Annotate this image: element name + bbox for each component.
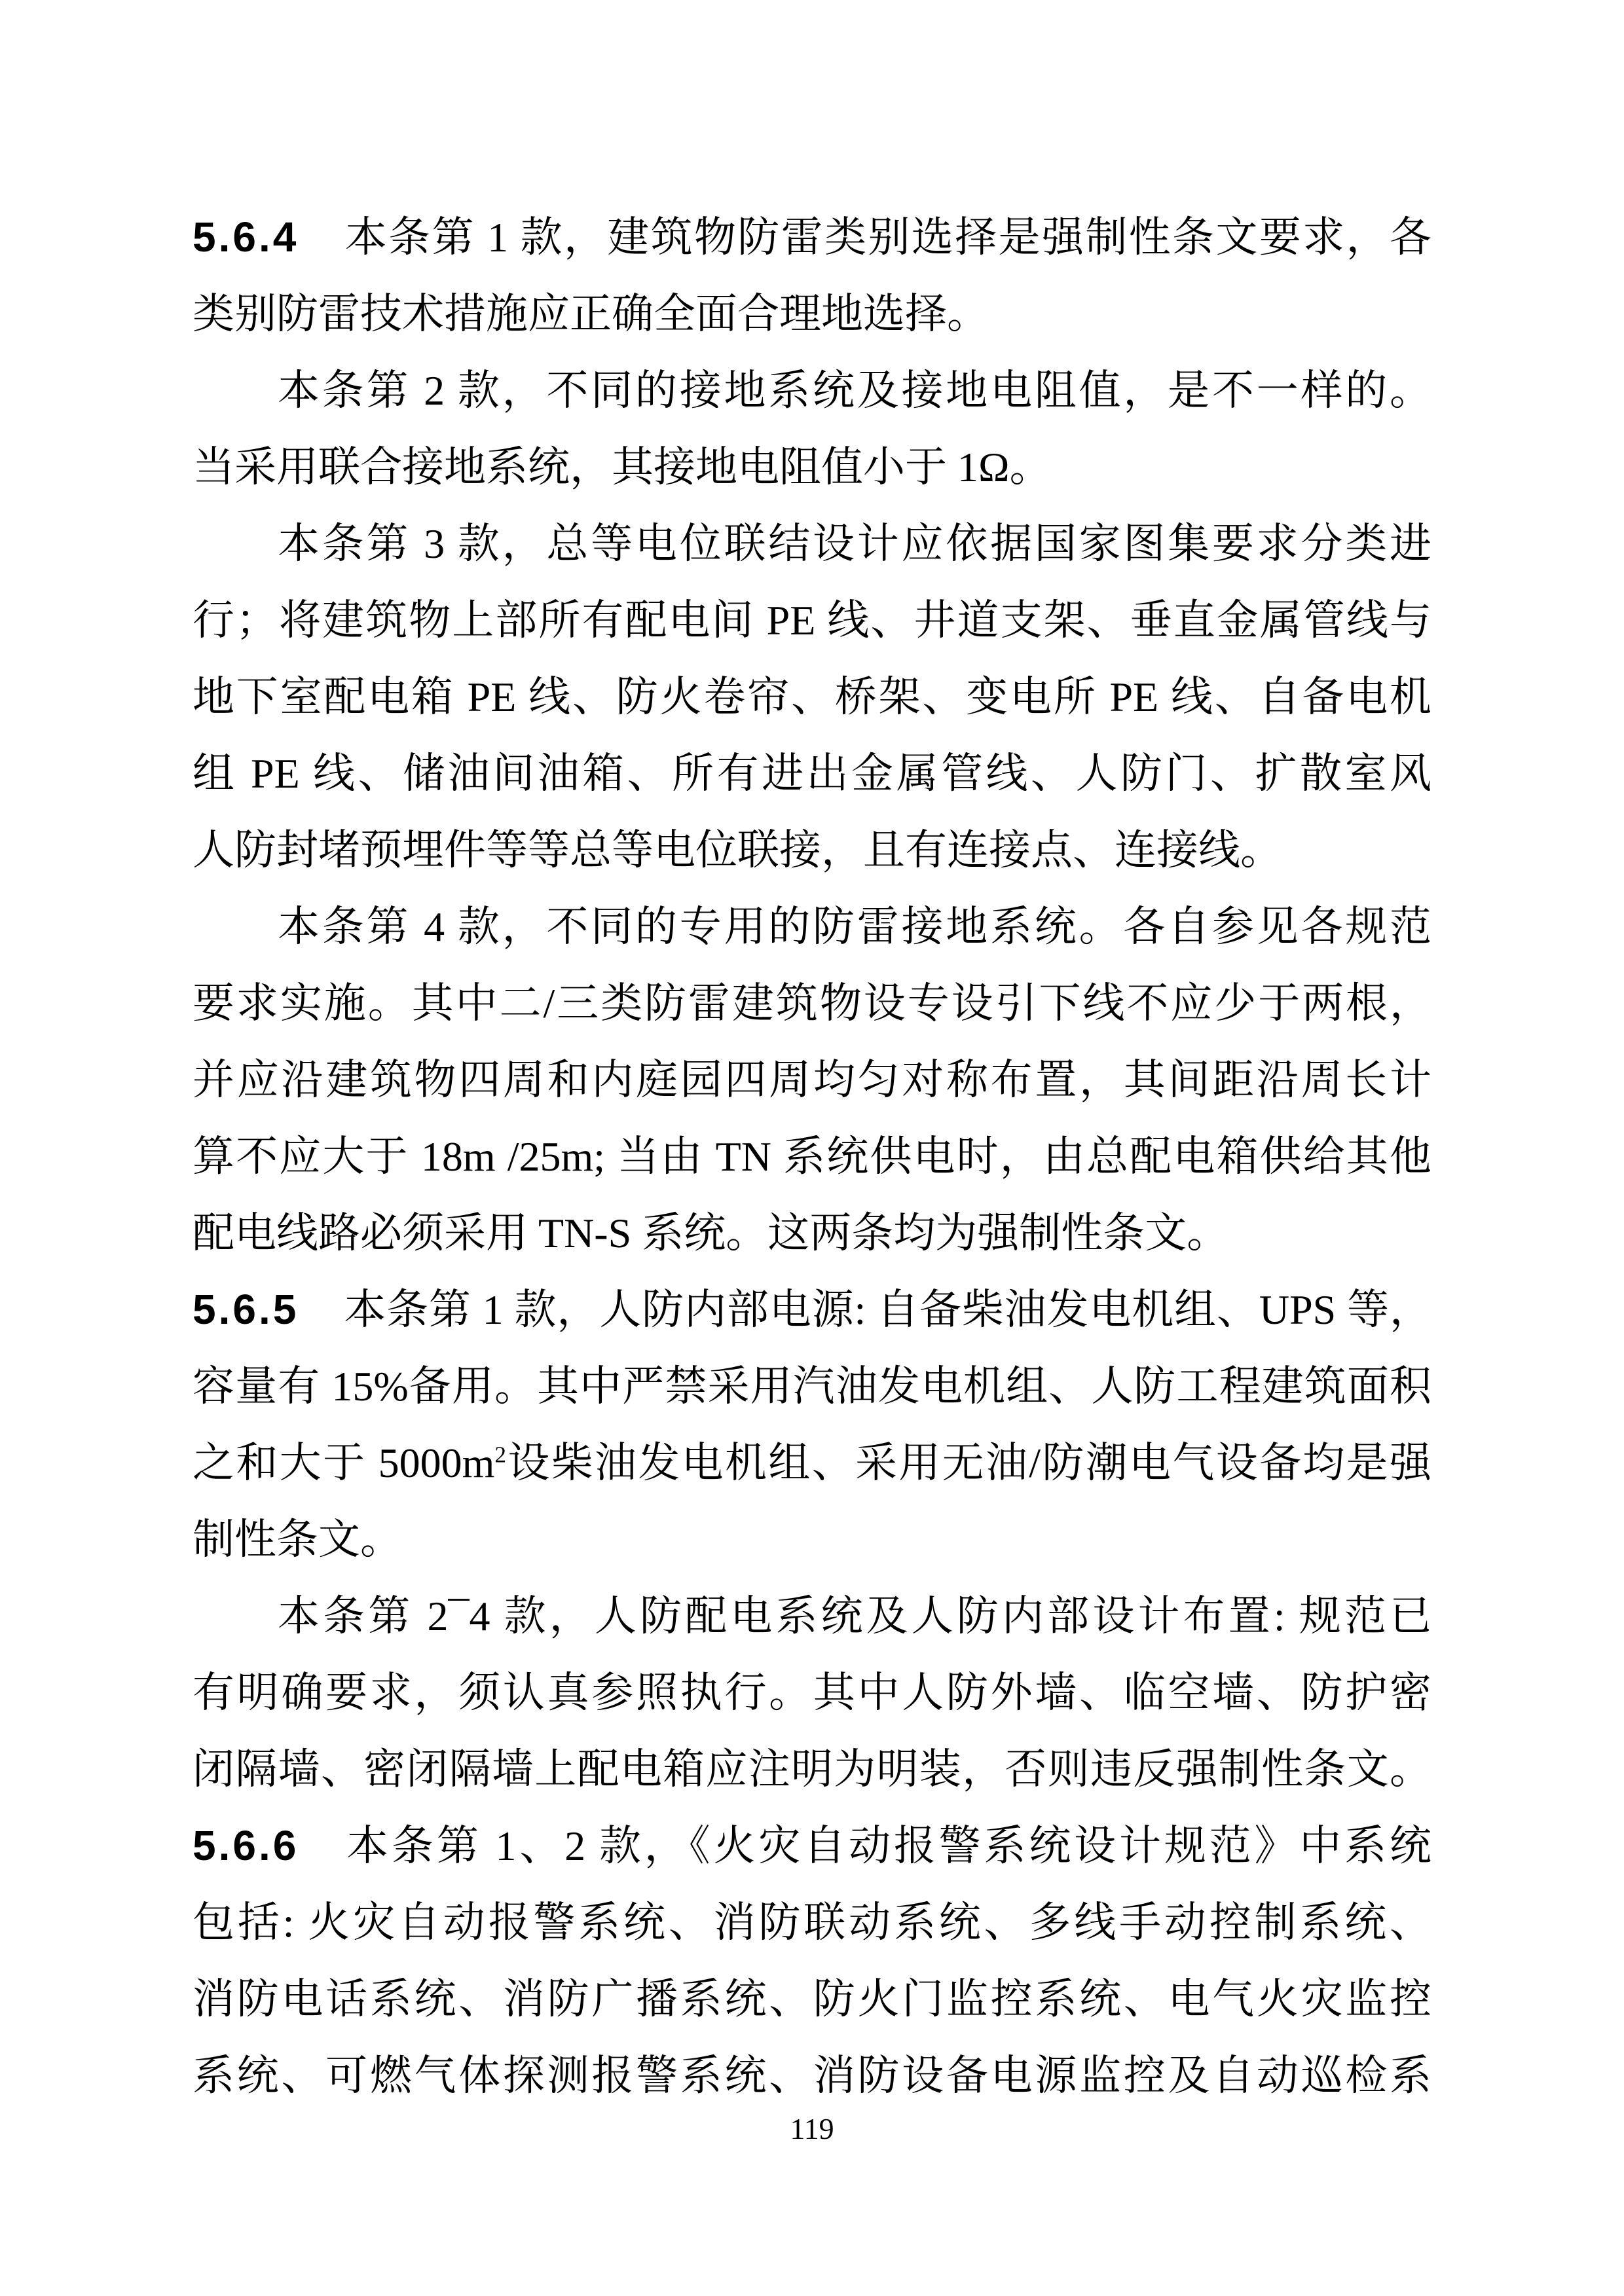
line-text: 并应沿建筑物四周和内庭园四周均匀对称布置，其间距沿周长计 xyxy=(193,1057,1431,1103)
text-line: 行；将建筑物上部所有配电间 PE 线、井道支架、垂直金属管线与 xyxy=(193,582,1431,659)
text-line: 本条第 3 款，总等电位联结设计应依据国家图集要求分类进 xyxy=(193,505,1431,582)
document-body: 5.6.4本条第 1 款，建筑物防雷类别选择是强制性条文要求，各类别防雷技术措施… xyxy=(193,199,1431,2114)
text-line: 系统、可燃气体探测报警系统、消防设备电源监控及自动巡检系 xyxy=(193,2037,1431,2114)
text-line: 组 PE 线、储油间油箱、所有进出金属管线、人防门、扩散室风门、 xyxy=(193,735,1431,812)
text-line: 包括: 火灾自动报警系统、消防联动系统、多线手动控制系统、 xyxy=(193,1884,1431,1961)
line-text: 配电线路必须采用 TN-S 系统。这两条均为强制性条文。 xyxy=(193,1210,1228,1256)
clause-number: 5.6.4 xyxy=(193,213,299,261)
line-text: 本条第 2 款，不同的接地系统及接地电阻值，是不一样的。 xyxy=(278,367,1431,414)
text-line: 地下室配电箱 PE 线、防火卷帘、桥架、变电所 PE 线、自备电机 xyxy=(193,659,1431,735)
text-line: 有明确要求，须认真参照执行。其中人防外墙、临空墙、防护密 xyxy=(193,1654,1431,1731)
text-line: 容量有 15%备用。其中严禁采用汽油发电机组、人防工程建筑面积 xyxy=(193,1348,1431,1425)
text-line: 类别防雷技术措施应正确全面合理地选择。 xyxy=(193,276,1431,352)
text-line: 消防电话系统、消防广播系统、防火门监控系统、电气火灾监控 xyxy=(193,1961,1431,2037)
line-text: 组 PE 线、储油间油箱、所有进出金属管线、人防门、扩散室风门、 xyxy=(193,750,1431,812)
text-line: 当采用联合接地系统，其接地电阻值小于 1Ω。 xyxy=(193,429,1431,505)
line-text: 本条第 2¯4 款，人防配电系统及人防内部设计布置: 规范已 xyxy=(278,1593,1431,1639)
line-text: 本条第 1 款，人防内部电源: 自备柴油发电机组、UPS 等， xyxy=(343,1286,1431,1333)
superscript-text: 2 xyxy=(494,1442,506,1468)
text-line: 5.6.4本条第 1 款，建筑物防雷类别选择是强制性条文要求，各 xyxy=(193,199,1431,276)
line-text: 包括: 火灾自动报警系统、消防联动系统、多线手动控制系统、 xyxy=(193,1899,1431,1946)
text-line: 本条第 2 款，不同的接地系统及接地电阻值，是不一样的。 xyxy=(193,352,1431,429)
line-text: 要求实施。其中二/三类防雷建筑物设专设引下线不应少于两根， xyxy=(193,980,1431,1027)
text-line: 要求实施。其中二/三类防雷建筑物设专设引下线不应少于两根， xyxy=(193,965,1431,1042)
text-line: 本条第 2¯4 款，人防配电系统及人防内部设计布置: 规范已 xyxy=(193,1578,1431,1654)
line-text: 算不应大于 18m /25m; 当由 TN 系统供电时，由总配电箱供给其他 xyxy=(193,1133,1431,1180)
line-text: 消防电话系统、消防广播系统、防火门监控系统、电气火灾监控 xyxy=(193,1976,1431,2022)
line-text: 有明确要求，须认真参照执行。其中人防外墙、临空墙、防护密 xyxy=(193,1669,1431,1716)
text-line: 算不应大于 18m /25m; 当由 TN 系统供电时，由总配电箱供给其他 xyxy=(193,1118,1431,1195)
line-text: 本条第 4 款，不同的专用的防雷接地系统。各自参见各规范 xyxy=(278,903,1431,950)
line-text: 本条第 3 款，总等电位联结设计应依据国家图集要求分类进 xyxy=(278,520,1431,567)
line-text: 制性条文。 xyxy=(193,1516,402,1563)
line-text: 之和大于 5000m xyxy=(193,1440,494,1486)
line-text: 容量有 15%备用。其中严禁采用汽油发电机组、人防工程建筑面积 xyxy=(193,1363,1431,1410)
text-line: 闭隔墙、密闭隔墙上配电箱应注明为明装，否则违反强制性条文。 xyxy=(193,1731,1431,1808)
line-text: 人防封堵预埋件等等总等电位联接，且有连接点、连接线。 xyxy=(193,827,1282,873)
line-text: 类别防雷技术措施应正确全面合理地选择。 xyxy=(193,291,989,337)
text-line: 并应沿建筑物四周和内庭园四周均匀对称布置，其间距沿周长计 xyxy=(193,1042,1431,1118)
page-number: 119 xyxy=(0,2109,1624,2149)
text-line: 制性条文。 xyxy=(193,1501,1431,1578)
text-line: 配电线路必须采用 TN-S 系统。这两条均为强制性条文。 xyxy=(193,1195,1431,1271)
clause-number: 5.6.5 xyxy=(193,1286,299,1333)
text-line: 5.6.6本条第 1、2 款，《火灾自动报警系统设计规范》中系统 xyxy=(193,1808,1431,1884)
line-text: 行；将建筑物上部所有配电间 PE 线、井道支架、垂直金属管线与 xyxy=(193,597,1431,644)
line-text: 设柴油发电机组、采用无油/防潮电气设备均是强 xyxy=(506,1440,1431,1486)
text-line: 本条第 4 款，不同的专用的防雷接地系统。各自参见各规范 xyxy=(193,888,1431,965)
line-text: 当采用联合接地系统，其接地电阻值小于 1Ω。 xyxy=(193,444,1052,490)
line-text: 闭隔墙、密闭隔墙上配电箱应注明为明装，否则违反强制性条文。 xyxy=(193,1746,1431,1793)
text-line: 5.6.5本条第 1 款，人防内部电源: 自备柴油发电机组、UPS 等， xyxy=(193,1271,1431,1348)
text-line: 人防封堵预埋件等等总等电位联接，且有连接点、连接线。 xyxy=(193,812,1431,888)
line-text: 系统、可燃气体探测报警系统、消防设备电源监控及自动巡检系 xyxy=(193,2052,1431,2099)
line-text: 本条第 1 款，建筑物防雷类别选择是强制性条文要求，各 xyxy=(343,214,1431,261)
line-text: 地下室配电箱 PE 线、防火卷帘、桥架、变电所 PE 线、自备电机 xyxy=(193,674,1431,720)
clause-number: 5.6.6 xyxy=(193,1822,299,1869)
line-text: 本条第 1、2 款，《火灾自动报警系统设计规范》中系统 xyxy=(343,1823,1431,1869)
document-page: 5.6.4本条第 1 款，建筑物防雷类别选择是强制性条文要求，各类别防雷技术措施… xyxy=(0,0,1624,2296)
text-line: 之和大于 5000m2设柴油发电机组、采用无油/防潮电气设备均是强 xyxy=(193,1425,1431,1501)
